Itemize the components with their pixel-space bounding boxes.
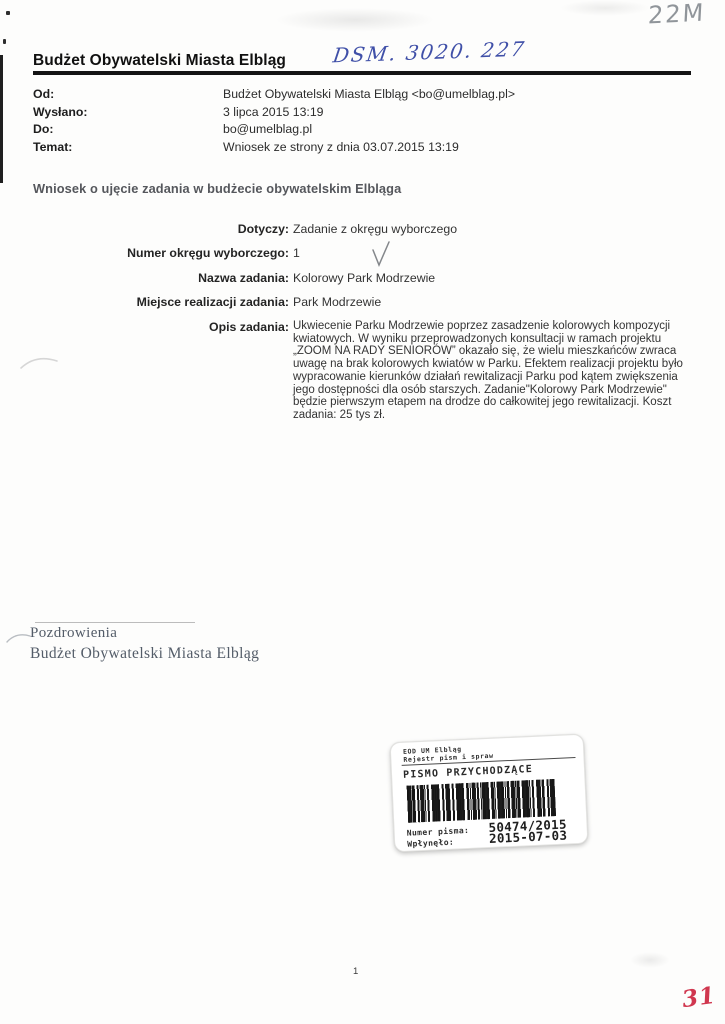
handwritten-red-page-number: 31 [680,982,717,1013]
scan-smudge [275,8,435,32]
stamp-received-value: 2015-07-03 [489,828,568,847]
form-value: Zadanie z okręgu wyborczego [293,222,457,236]
form-label: Numer okręgu wyborczego: [33,246,289,260]
pencil-arc-mark [18,352,60,377]
stamp-document-type: PISMO PRZYCHODZĄCE [403,764,533,781]
handwritten-reference-number: DSM. 3020. 227 [331,37,527,68]
scan-speck [6,11,10,15]
subject-heading: Wniosek o ujęcie zadania w budżecie obyw… [33,181,401,196]
email-header-value: bo@umelblag.pl [223,122,312,136]
form-value: 1 [293,246,300,260]
email-header-row: Do: bo@umelblag.pl [0,122,725,138]
form-label: Miejsce realizacji zadania: [33,295,289,309]
handwritten-pencil-note: 22M [647,0,706,30]
document-title: Budżet Obywatelski Miasta Elbląg [33,52,286,70]
signature-divider [35,622,195,623]
email-header-label: Do: [33,122,54,136]
task-description: Ukwiecenie Parku Modrzewie poprzez zasad… [293,320,685,422]
email-header-value: Wniosek ze strony z dnia 03.07.2015 13:1… [223,140,459,154]
email-header-row: Wysłano: 3 lipca 2015 13:19 [0,105,725,121]
email-header-label: Temat: [33,140,72,154]
form-label: Nazwa zadania: [33,271,289,285]
email-header-value: Budżet Obywatelski Miasta Elbląg <bo@ume… [223,87,515,101]
email-header-row: Temat: Wniosek ze strony z dnia 03.07.20… [0,140,725,156]
form-value: Kolorowy Park Modrzewie [293,271,435,285]
email-header-label: Wysłano: [33,105,87,119]
signature-closing: Pozdrowienia [30,625,117,642]
barcode [407,779,557,823]
pencil-flourish-mark [6,630,32,649]
page-number: 1 [353,966,358,977]
scan-smudge [630,952,670,968]
registry-barcode-sticker: EOD UM Elbląg Rejestr pism i spraw PISMO… [390,734,589,853]
form-label: Opis zadania: [33,320,289,334]
signature-name: Budżet Obywatelski Miasta Elbląg [30,645,259,663]
scanned-document-page: 22M DSM. 3020. 227 31 Budżet Obywatelski… [0,0,725,1024]
form-value: Park Modrzewie [293,295,381,309]
scan-speck [3,39,6,44]
header-divider [33,71,691,75]
scan-smudge [560,0,650,16]
form-label: Dotyczy: [33,222,289,236]
email-header-row: Od: Budżet Obywatelski Miasta Elbląg <bo… [0,87,725,103]
email-header-label: Od: [33,87,54,101]
stamp-number-label: Numer pisma: [407,826,470,838]
checkmark-icon [370,240,392,273]
email-header-value: 3 lipca 2015 13:19 [223,105,324,119]
stamp-received-label: Wpłynęło: [407,838,454,849]
